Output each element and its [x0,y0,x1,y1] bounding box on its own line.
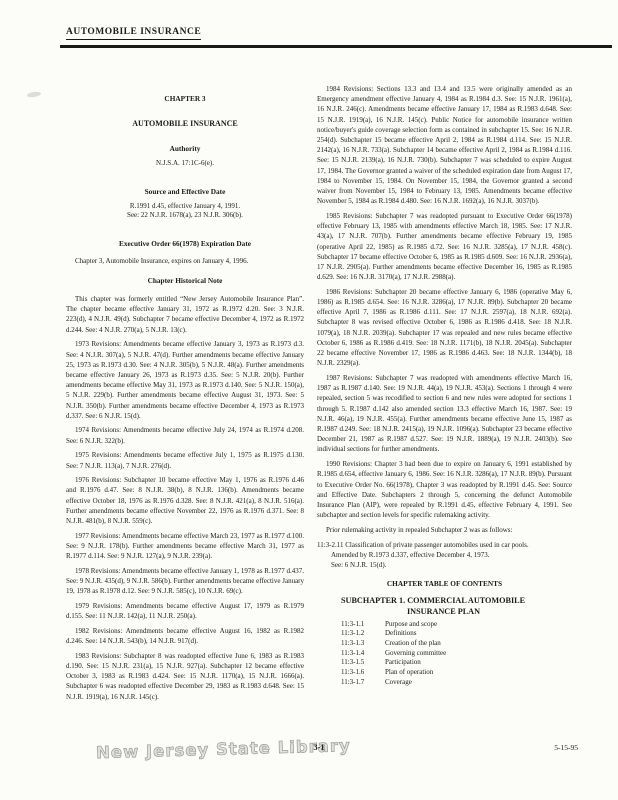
toc-entry-number: 11:3-1.3 [341,639,385,649]
authority-text: N.J.S.A. 17:1C-6(e). [66,159,304,169]
toc-entry: 11:3-1.3 Creation of the plan [317,639,572,649]
toc-entry-number: 11:3-1.5 [341,658,385,668]
prior-rulemaking-note: Prior rulemaking activity in repealed Su… [317,525,572,535]
revision-paragraph-1979: 1979 Revisions: Amendments became effect… [66,601,304,621]
toc-entry: 11:3-1.7 Coverage [317,678,572,688]
revision-paragraph-1987: 1987 Revisions: Subchapter 7 was readopt… [317,373,572,455]
running-header: AUTOMOBILE INSURANCE [66,27,201,40]
right-column: 1984 Revisions: Sections 13.3 and 13.4 a… [317,84,572,706]
revision-paragraph-1982: 1982 Revisions: Amendments became effect… [66,626,304,646]
chapter-title: AUTOMOBILE INSURANCE [66,119,304,128]
revision-paragraph-1974: 1974 Revisions: Amendments became effect… [66,425,304,445]
chapter-toc-heading: CHAPTER TABLE OF CONTENTS [317,579,572,588]
toc-entry: 11:3-1.5 Participation [317,658,572,668]
revision-paragraph-1986: 1986 Revisions: Subchapter 20 became eff… [317,287,572,369]
toc-entry-title: Purpose and scope [385,620,572,630]
revision-paragraph-1984: 1984 Revisions: Sections 13.3 and 13.4 a… [317,84,572,206]
expiration-heading: Executive Order 66(1978) Expiration Date [66,239,304,248]
two-column-body: CHAPTER 3 AUTOMOBILE INSURANCE Authority… [66,84,572,706]
date-code: 5-15-95 [554,743,578,752]
toc-entry-number: 11:3-1.7 [341,678,385,688]
repealed-section-amended: Amended by R.1973 d.337, effective Decem… [317,550,572,560]
toc-entry-title: Definitions [385,629,572,639]
document-page: AUTOMOBILE INSURANCE CHAPTER 3 AUTOMOBIL… [0,0,618,800]
subchapter-1-heading-line2: INSURANCE PLAN [341,606,572,617]
toc-entry-number: 11:3-1.6 [341,668,385,678]
toc-entry: 11:3-1.1 Purpose and scope [317,620,572,630]
page-number: 3-1 [66,742,572,752]
toc-entry-title: Coverage [385,678,572,688]
source-heading: Source and Effective Date [66,187,304,196]
repealed-section-entry: 11:3-2.11 Classification of private pass… [317,540,572,550]
toc-entry-number: 11:3-1.2 [341,629,385,639]
repealed-section-see: See: 6 N.J.R. 15(d). [317,560,572,570]
revision-paragraph-1976: 1976 Revisions: Subchapter 10 became eff… [66,475,304,526]
revision-paragraph-1990: 1990 Revisions: Chapter 3 had been due t… [317,459,572,520]
subchapter-1-heading: SUBCHAPTER 1. COMMERCIAL AUTOMOBILE INSU… [317,595,572,617]
historical-note-paragraph: This chapter was formerly entitled “New … [66,294,304,335]
expiration-text: Chapter 3, Automobile Insurance, expires… [66,256,304,266]
revision-paragraph-1977: 1977 Revisions: Amendments became effect… [66,531,304,562]
header-rule [60,45,612,48]
toc-entry-title: Creation of the plan [385,639,572,649]
toc-entry-title: Plan of operation [385,668,572,678]
chapter-label: CHAPTER 3 [66,94,304,103]
toc-entry: 11:3-1.6 Plan of operation [317,668,572,678]
left-column: CHAPTER 3 AUTOMOBILE INSURANCE Authority… [66,84,304,706]
revision-paragraph-1973: 1973 Revisions: Amendments became effect… [66,339,304,421]
revision-paragraph-1985: 1985 Revisions: Subchapter 7 was readopt… [317,211,572,282]
subchapter-1-heading-line1: SUBCHAPTER 1. COMMERCIAL AUTOMOBILE [341,596,525,605]
revision-paragraph-1983: 1983 Revisions: Subchapter 8 was readopt… [66,651,304,702]
toc-entry: 11:3-1.2 Definitions [317,629,572,639]
toc-entry-title: Participation [385,658,572,668]
source-line: See: 22 N.J.R. 1678(a), 23 N.J.R. 306(b)… [66,211,304,221]
revision-paragraph-1975: 1975 Revisions: Amendments became effect… [66,450,304,470]
historical-note-heading: Chapter Historical Note [66,276,304,285]
toc-entry-number: 11:3-1.1 [341,620,385,630]
source-line: R.1991 d.45, effective January 4, 1991. [66,202,304,212]
toc-entry: 11:3-1.4 Governing committee [317,649,572,659]
toc-entry-title: Governing committee [385,649,572,659]
toc-entry-number: 11:3-1.4 [341,649,385,659]
revision-paragraph-1978: 1978 Revisions: Amendments became effect… [66,566,304,597]
authority-heading: Authority [66,144,304,153]
scan-smudge [27,91,42,98]
